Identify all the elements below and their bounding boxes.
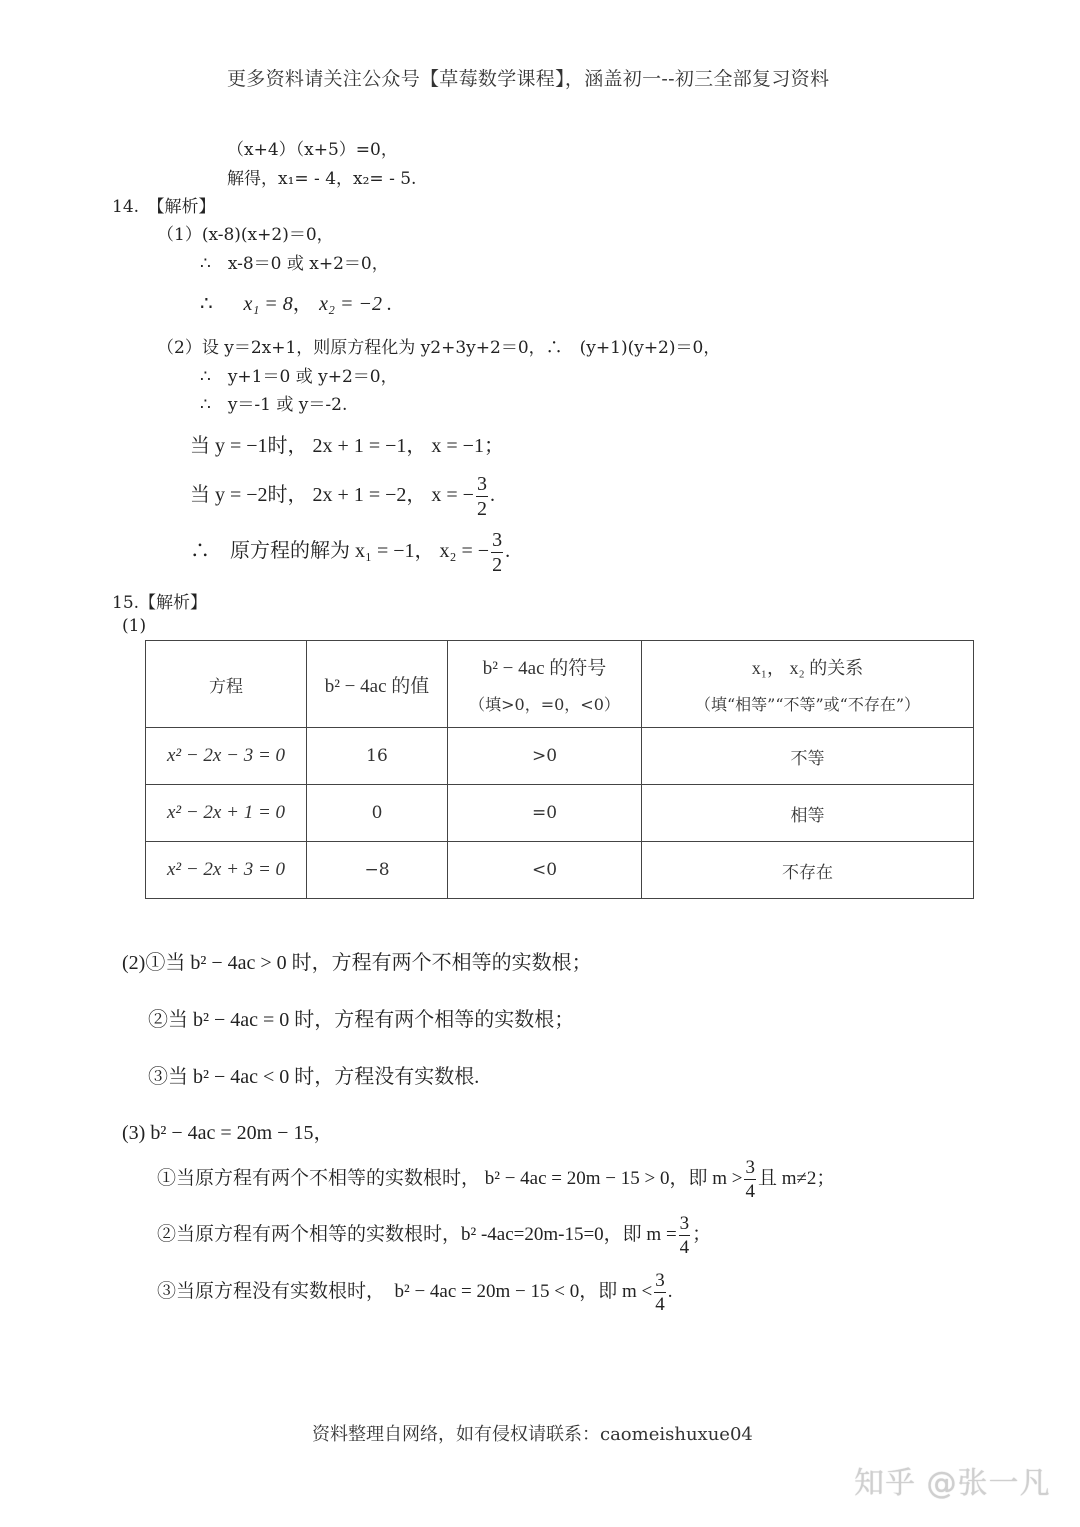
- q15-p3-line2-text: ①当原方程有两个不相等的实数根时， b² − 4ac = 20m − 15 > …: [157, 1168, 742, 1189]
- q15-p3-line3: ②当原方程有两个相等的实数根时，b² -4ac=20m-15=0，即 m =34…: [157, 1214, 711, 1257]
- q15-p3-line4: ③当原方程没有实数根时， b² − 4ac = 20m − 15 < 0，即 m…: [157, 1271, 672, 1314]
- header-notice: 更多资料请关注公众号【草莓数学课程】，涵盖初一--初三全部复习资料: [227, 64, 829, 91]
- q15-p3-line1: (3) b² − 4ac = 20m − 15，: [122, 1116, 333, 1145]
- discriminant-table: 方程 b² − 4ac 的值 b² − 4ac 的符号 （填>0，=0，<0） …: [145, 640, 974, 899]
- q15-p3-line2: ①当原方程有两个不相等的实数根时， b² − 4ac = 20m − 15 > …: [157, 1158, 835, 1201]
- numerator: 3: [679, 1214, 691, 1236]
- cell-value: 0: [307, 785, 448, 842]
- header-relation: x₁， x₂ 的关系 （填“相等”“不等”或“不存在”）: [642, 641, 974, 728]
- q14-p1-line1: （1）(x-8)(x+2)＝0，: [157, 220, 334, 245]
- footer-notice: 资料整理自网络，如有侵权请联系：caomeishuxue04: [312, 1420, 753, 1446]
- q13-solution: 解得，x₁= - 4，x₂= - 5.: [227, 164, 416, 189]
- cell-sign: =0: [448, 785, 642, 842]
- q15-p2-line1: (2)①当 b² − 4ac > 0 时，方程有两个不相等的实数根；: [122, 946, 592, 975]
- table-header-row: 方程 b² − 4ac 的值 b² − 4ac 的符号 （填>0，=0，<0） …: [146, 641, 974, 728]
- table-row: x² − 2x + 1 = 0 0 =0 相等: [146, 785, 974, 842]
- header-hint: （填“相等”“不等”或“不存在”）: [642, 692, 973, 715]
- header-label: x₁， x₂ 的关系: [642, 654, 973, 680]
- numerator: 3: [476, 474, 488, 497]
- cell-relation: 相等: [642, 785, 974, 842]
- denominator: 4: [654, 1293, 666, 1314]
- q14-p2-line5-text: 当 y = −2时， 2x + 1 = −2， x = −: [190, 484, 474, 506]
- q14-p2-line2: ∴ y+1＝0 或 y+2＝0，: [200, 362, 398, 387]
- cell-equation: x² − 2x + 1 = 0: [146, 785, 307, 842]
- fraction: 34: [654, 1271, 666, 1314]
- q15-p3-line3-text: ②当原方程有两个相等的实数根时，b² -4ac=20m-15=0，即 m =: [157, 1224, 677, 1245]
- q14-p1-line2: ∴ x-8＝0 或 x+2＝0，: [200, 249, 389, 274]
- q15-p3-line4-text: ③当原方程没有实数根时， b² − 4ac = 20m − 15 < 0，即 m…: [157, 1281, 652, 1302]
- cell-relation: 不等: [642, 728, 974, 785]
- q14-sep: ，: [293, 291, 313, 315]
- numerator: 3: [744, 1158, 756, 1180]
- q14-p2-line1: （2）设 y＝2x+1，则原方程化为 y2+3y+2＝0，∴ (y+1)(y+2…: [157, 333, 720, 358]
- fraction: 34: [744, 1158, 756, 1201]
- header-label: b² − 4ac 的值: [325, 676, 430, 697]
- header-label: 方程: [209, 677, 243, 697]
- q14-p1-line3: ∴ x₁ = 8， x₂ = −2 .: [200, 287, 392, 316]
- q15-p2-line3: ③当 b² − 4ac < 0 时，方程没有实数根.: [148, 1060, 479, 1089]
- q14-x1: x₁ = 8: [243, 293, 292, 315]
- table-row: x² − 2x + 3 = 0 −8 <0 不存在: [146, 842, 974, 899]
- q14-x2: x₂ = −2 .: [319, 293, 392, 315]
- cell-value: 16: [307, 728, 448, 785]
- period: .: [490, 484, 495, 506]
- q14-title: 14. 【解析】: [112, 192, 216, 217]
- q15-p3-line3-suffix: ；: [692, 1224, 711, 1245]
- q15-p3-line2-suffix: 且 m≠2；: [758, 1168, 835, 1189]
- header-sign: b² − 4ac 的符号 （填>0，=0，<0）: [448, 641, 642, 728]
- cell-relation: 不存在: [642, 842, 974, 899]
- header-equation: 方程: [146, 641, 307, 728]
- q15-title: 15.【解析】: [112, 588, 207, 613]
- cell-value: −8: [307, 842, 448, 899]
- cell-equation: x² − 2x + 3 = 0: [146, 842, 307, 899]
- numerator: 3: [491, 530, 503, 553]
- q15-p2-line2: ②当 b² − 4ac = 0 时，方程有两个相等的实数根；: [148, 1003, 574, 1032]
- header-value: b² − 4ac 的值: [307, 641, 448, 728]
- denominator: 4: [744, 1180, 756, 1201]
- q15-part1-label: (1): [122, 616, 146, 636]
- q13-factored: （x+4）（x+5）=0，: [227, 135, 398, 160]
- cell-sign: >0: [448, 728, 642, 785]
- fraction: 34: [679, 1214, 691, 1257]
- denominator: 2: [476, 497, 488, 519]
- denominator: 2: [491, 553, 503, 575]
- q14-p2-line4: 当 y = −1时， 2x + 1 = −1， x = −1；: [190, 429, 504, 458]
- header-hint: （填>0，=0，<0）: [448, 692, 641, 715]
- q14-p2-line6-text: ∴ 原方程的解为 x₁ = −1， x₂ = −: [190, 540, 489, 562]
- therefore-symbol: ∴: [200, 291, 213, 315]
- zhihu-watermark: 知乎 @张一凡: [854, 1458, 1051, 1502]
- fraction: 32: [491, 530, 503, 575]
- fraction: 32: [476, 474, 488, 519]
- period: .: [505, 540, 510, 562]
- q15-p3-line4-suffix: .: [668, 1281, 673, 1302]
- table-row: x² − 2x − 3 = 0 16 >0 不等: [146, 728, 974, 785]
- q14-p2-line3: ∴ y＝-1 或 y＝-2.: [200, 390, 347, 415]
- cell-sign: <0: [448, 842, 642, 899]
- header-label: b² − 4ac 的符号: [448, 653, 641, 680]
- q14-p2-line6: ∴ 原方程的解为 x₁ = −1， x₂ = −32.: [190, 530, 510, 575]
- denominator: 4: [679, 1236, 691, 1257]
- cell-equation: x² − 2x − 3 = 0: [146, 728, 307, 785]
- numerator: 3: [654, 1271, 666, 1293]
- q14-p2-line5: 当 y = −2时， 2x + 1 = −2， x = −32.: [190, 474, 495, 519]
